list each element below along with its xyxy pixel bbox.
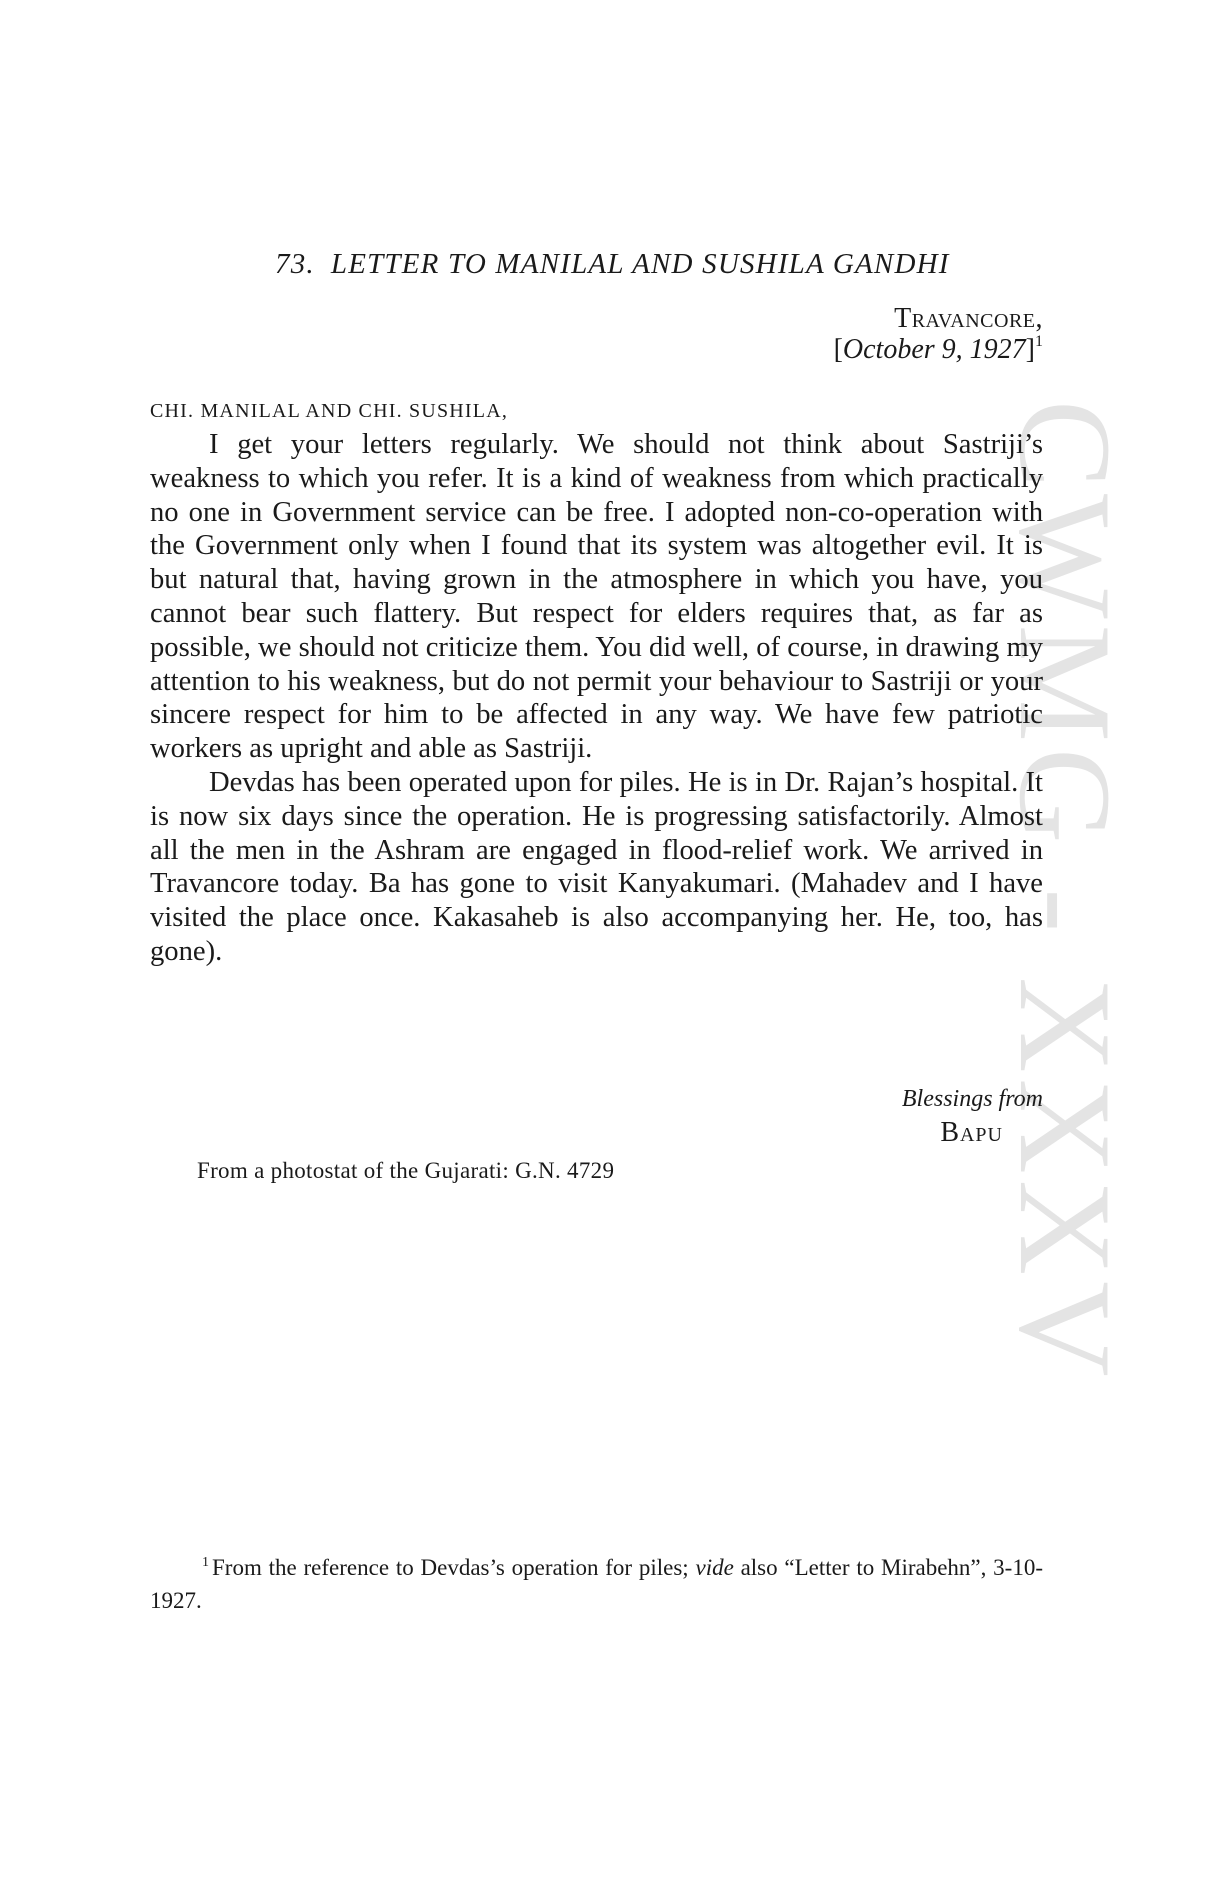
footnote-text-before: From the reference to Devdas’s operation… — [212, 1555, 695, 1580]
date-text: October 9, 1927 — [843, 334, 1026, 365]
footnote-italic: vide — [695, 1555, 733, 1580]
closing: Blessings from Bapu — [902, 1082, 1043, 1150]
footnote-marker: 1 — [202, 1555, 209, 1570]
date-close-bracket: ] — [1026, 334, 1035, 365]
signature: Bapu — [902, 1116, 1003, 1150]
place-line: Travancore, — [894, 303, 1043, 335]
date-open-bracket: [ — [834, 334, 843, 365]
title-text: LETTER TO MANILAL AND SUSHILA GANDHI — [331, 248, 950, 280]
footnote-reference[interactable]: 1 — [1035, 333, 1043, 350]
letter-body: I get your letters regularly. We should … — [150, 428, 1043, 969]
date-line: [October 9, 1927]1 — [834, 333, 1043, 366]
paragraph: I get your letters regularly. We should … — [150, 428, 1043, 766]
title-number: 73. — [275, 248, 315, 280]
footnote: 1From the reference to Devdas’s operatio… — [150, 1546, 1043, 1617]
closing-blessing: Blessings from — [902, 1082, 1043, 1116]
salutation: Chi. Manilal and Chi. Sushila, — [150, 400, 508, 423]
paragraph: Devdas has been operated upon for piles.… — [150, 766, 1043, 969]
document-title: 73.LETTER TO MANILAL AND SUSHILA GANDHI — [275, 248, 950, 281]
source-note: From a photostat of the Gujarati: G.N. 4… — [197, 1158, 614, 1184]
